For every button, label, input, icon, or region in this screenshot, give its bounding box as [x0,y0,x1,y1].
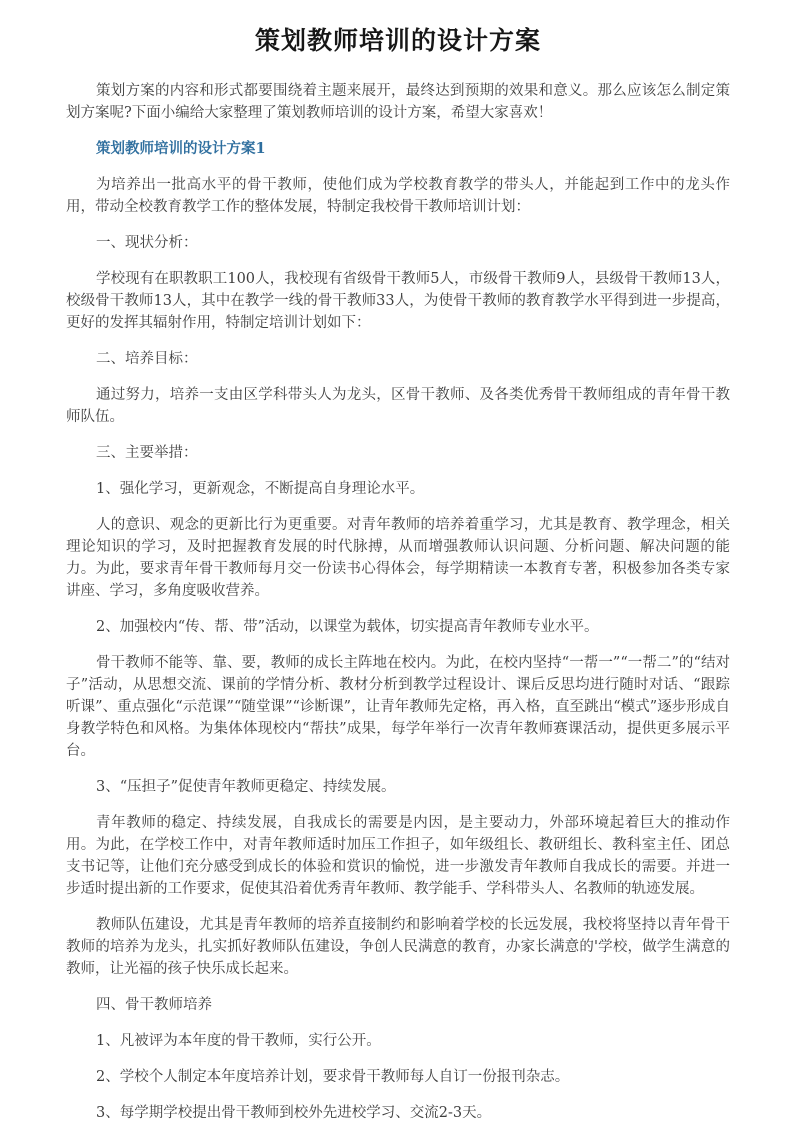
paragraph: 四、骨干教师培养 [66,994,730,1016]
document-page: 策划教师培训的设计方案 策划方案的内容和形式都要围绕着主题来展开，最终达到预期的… [0,0,794,1123]
paragraph: 骨干教师不能等、靠、要，教师的成长主阵地在校内。为此，在校内坚持“一帮一”“一帮… [66,652,730,762]
paragraph: 策划方案的内容和形式都要围绕着主题来展开，最终达到预期的效果和意义。那么应该怎么… [66,80,730,124]
paragraph: 一、现状分析： [66,232,730,254]
paragraph: 学校现有在职教职工100人，我校现有省级骨干教师5人，市级骨干教师9人，县级骨干… [66,268,730,334]
paragraph: 2、加强校内“传、帮、带”活动，以课堂为载体，切实提高青年教师专业水平。 [66,616,730,638]
document-body: 策划方案的内容和形式都要围绕着主题来展开，最终达到预期的效果和意义。那么应该怎么… [66,80,730,1123]
paragraph: 通过努力，培养一支由区学科带头人为龙头，区骨干教师、及各类优秀骨干教师组成的青年… [66,384,730,428]
paragraph: 三、主要举措： [66,442,730,464]
paragraph: 为培养出一批高水平的骨干教师，使他们成为学校教育教学的带头人，并能起到工作中的龙… [66,174,730,218]
paragraph: 1、强化学习，更新观念，不断提高自身理论水平。 [66,478,730,500]
paragraph: 人的意识、观念的更新比行为更重要。对青年教师的培养着重学习，尤其是教育、教学理念… [66,514,730,602]
document-title: 策划教师培训的设计方案 [66,24,730,58]
paragraph: 3、每学期学校提出骨干教师到校外先进校学习、交流2-3天。 [66,1102,730,1123]
paragraph: 二、培养目标： [66,348,730,370]
paragraph: 2、学校个人制定本年度培养计划，要求骨干教师每人自订一份报刊杂志。 [66,1066,730,1088]
paragraph: 1、凡被评为本年度的骨干教师，实行公开。 [66,1030,730,1052]
document-content: 策划教师培训的设计方案 策划方案的内容和形式都要围绕着主题来展开，最终达到预期的… [0,0,794,1123]
section-heading: 策划教师培训的设计方案1 [66,138,730,160]
paragraph: 教师队伍建设，尤其是青年教师的培养直接制约和影响着学校的长远发展，我校将坚持以青… [66,914,730,980]
paragraph: 青年教师的稳定、持续发展，自我成长的需要是内因，是主要动力，外部环境起着巨大的推… [66,812,730,900]
paragraph: 3、“压担子”促使青年教师更稳定、持续发展。 [66,776,730,798]
